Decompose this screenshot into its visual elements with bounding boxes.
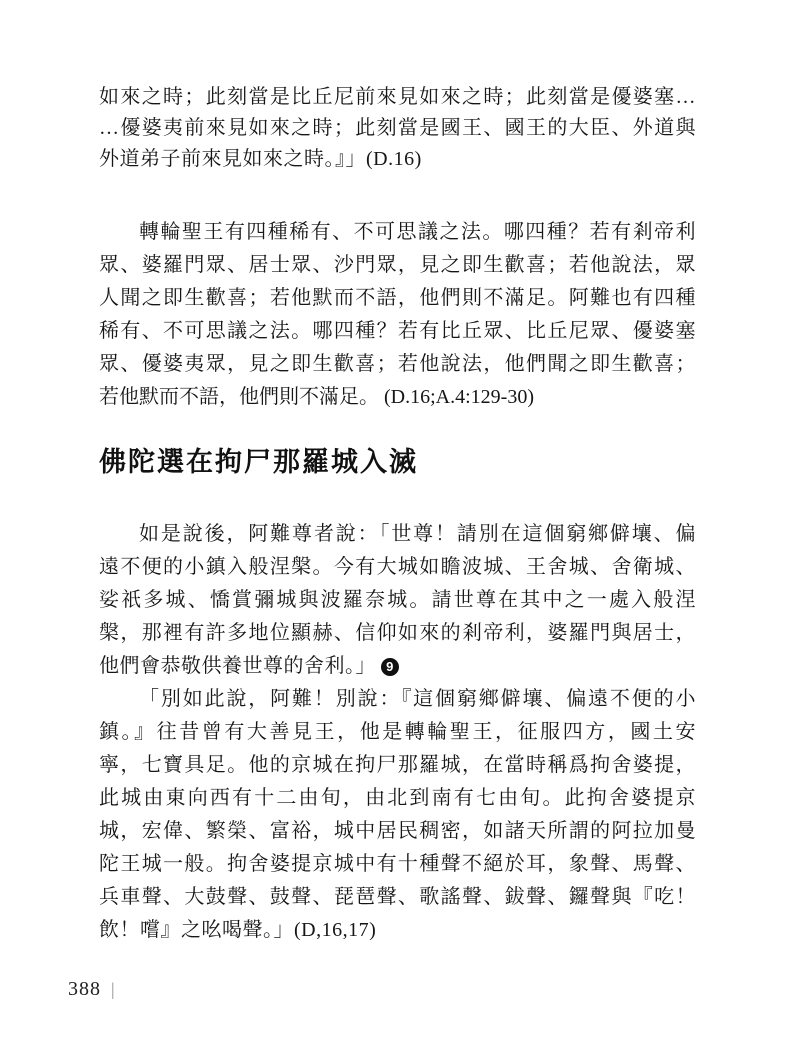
paragraph-ananda-request: 如是說後，阿難尊者說：「世尊！請別在這個窮鄉僻壤、偏 遠不便的小鎮入般涅槃。今有… [99,518,696,683]
paragraph-buddha-reply: 「別如此說，阿難！別說：『這個窮鄉僻壤、偏遠不便的小 鎮。』往昔曾有大善見王，他… [99,683,696,947]
paragraph-wheel-king: 轉輪聖王有四種稀有、不可思議之法。哪四種？若有剎帝利 眾、婆羅門眾、居士眾、沙門… [99,216,696,414]
text-line-citation: 飲！嚐』之吆喝聲。」(D,16,17) [99,914,696,947]
text-line-citation: 外道弟子前來見如來之時。』」(D.16) [99,144,696,175]
section-heading: 佛陀選在拘尸那羅城入滅 [99,442,418,482]
page-number-divider: | [111,979,116,999]
text-line: 他們會恭敬供養世尊的舍利。」 [99,655,376,677]
page-number-value: 388 [68,978,101,1000]
text-line: 眾、婆羅門眾、居士眾、沙門眾，見之即生歡喜；若他說法，眾 [99,249,696,282]
footnote-9-icon: 9 [381,658,399,676]
text-line-with-footnote: 他們會恭敬供養世尊的舍利。」9 [99,650,696,683]
text-line: 轉輪聖王有四種稀有、不可思議之法。哪四種？若有剎帝利 [99,216,696,249]
text-line: 如來之時；此刻當是比丘尼前來見如來之時；此刻當是優婆塞… [99,82,696,113]
text-line: 槃，那裡有許多地位顯赫、信仰如來的剎帝利，婆羅門與居士， [99,617,696,650]
text-line: 兵車聲、大鼓聲、鼓聲、琵琶聲、歌謠聲、鈸聲、鑼聲與『吃！ [99,881,696,914]
text-line: 如是說後，阿難尊者說：「世尊！請別在這個窮鄉僻壤、偏 [99,518,696,551]
text-line: 鎮。』往昔曾有大善見王，他是轉輪聖王，征服四方，國土安 [99,716,696,749]
page-number: 388| [68,978,116,1001]
text-line: 「別如此說，阿難！別說：『這個窮鄉僻壤、偏遠不便的小 [99,683,696,716]
book-page: 如來之時；此刻當是比丘尼前來見如來之時；此刻當是優婆塞… …優婆夷前來見如來之時… [0,0,792,1056]
text-line-citation: 若他默而不語，他們則不滿足。 (D.16;A.4:129-30) [99,381,696,414]
text-line: 眾、優婆夷眾，見之即生歡喜；若他說法，他們聞之即生歡喜； [99,348,696,381]
text-line: 城，宏偉、繁榮、富裕，城中居民稠密，如諸天所謂的阿拉加曼 [99,815,696,848]
text-line: 陀王城一般。拘舍婆提京城中有十種聲不絕於耳，象聲、馬聲、 [99,848,696,881]
text-line: 此城由東向西有十二由旬，由北到南有七由旬。此拘舍婆提京 [99,782,696,815]
footnote-number: 9 [386,659,394,674]
text-line: …優婆夷前來見如來之時；此刻當是國王、國王的大臣、外道與 [99,113,696,144]
paragraph-continuation: 如來之時；此刻當是比丘尼前來見如來之時；此刻當是優婆塞… …優婆夷前來見如來之時… [99,82,696,175]
text-line: 稀有、不可思議之法。哪四種？若有比丘眾、比丘尼眾、優婆塞 [99,315,696,348]
text-line: 寧，七寶具足。他的京城在拘尸那羅城，在當時稱爲拘舍婆提， [99,749,696,782]
text-line: 人聞之即生歡喜；若他默而不語，他們則不滿足。阿難也有四種 [99,282,696,315]
text-line: 娑祇多城、憍賞彌城與波羅奈城。請世尊在其中之一處入般涅 [99,584,696,617]
text-line: 遠不便的小鎮入般涅槃。今有大城如瞻波城、王舍城、舍衛城、 [99,551,696,584]
